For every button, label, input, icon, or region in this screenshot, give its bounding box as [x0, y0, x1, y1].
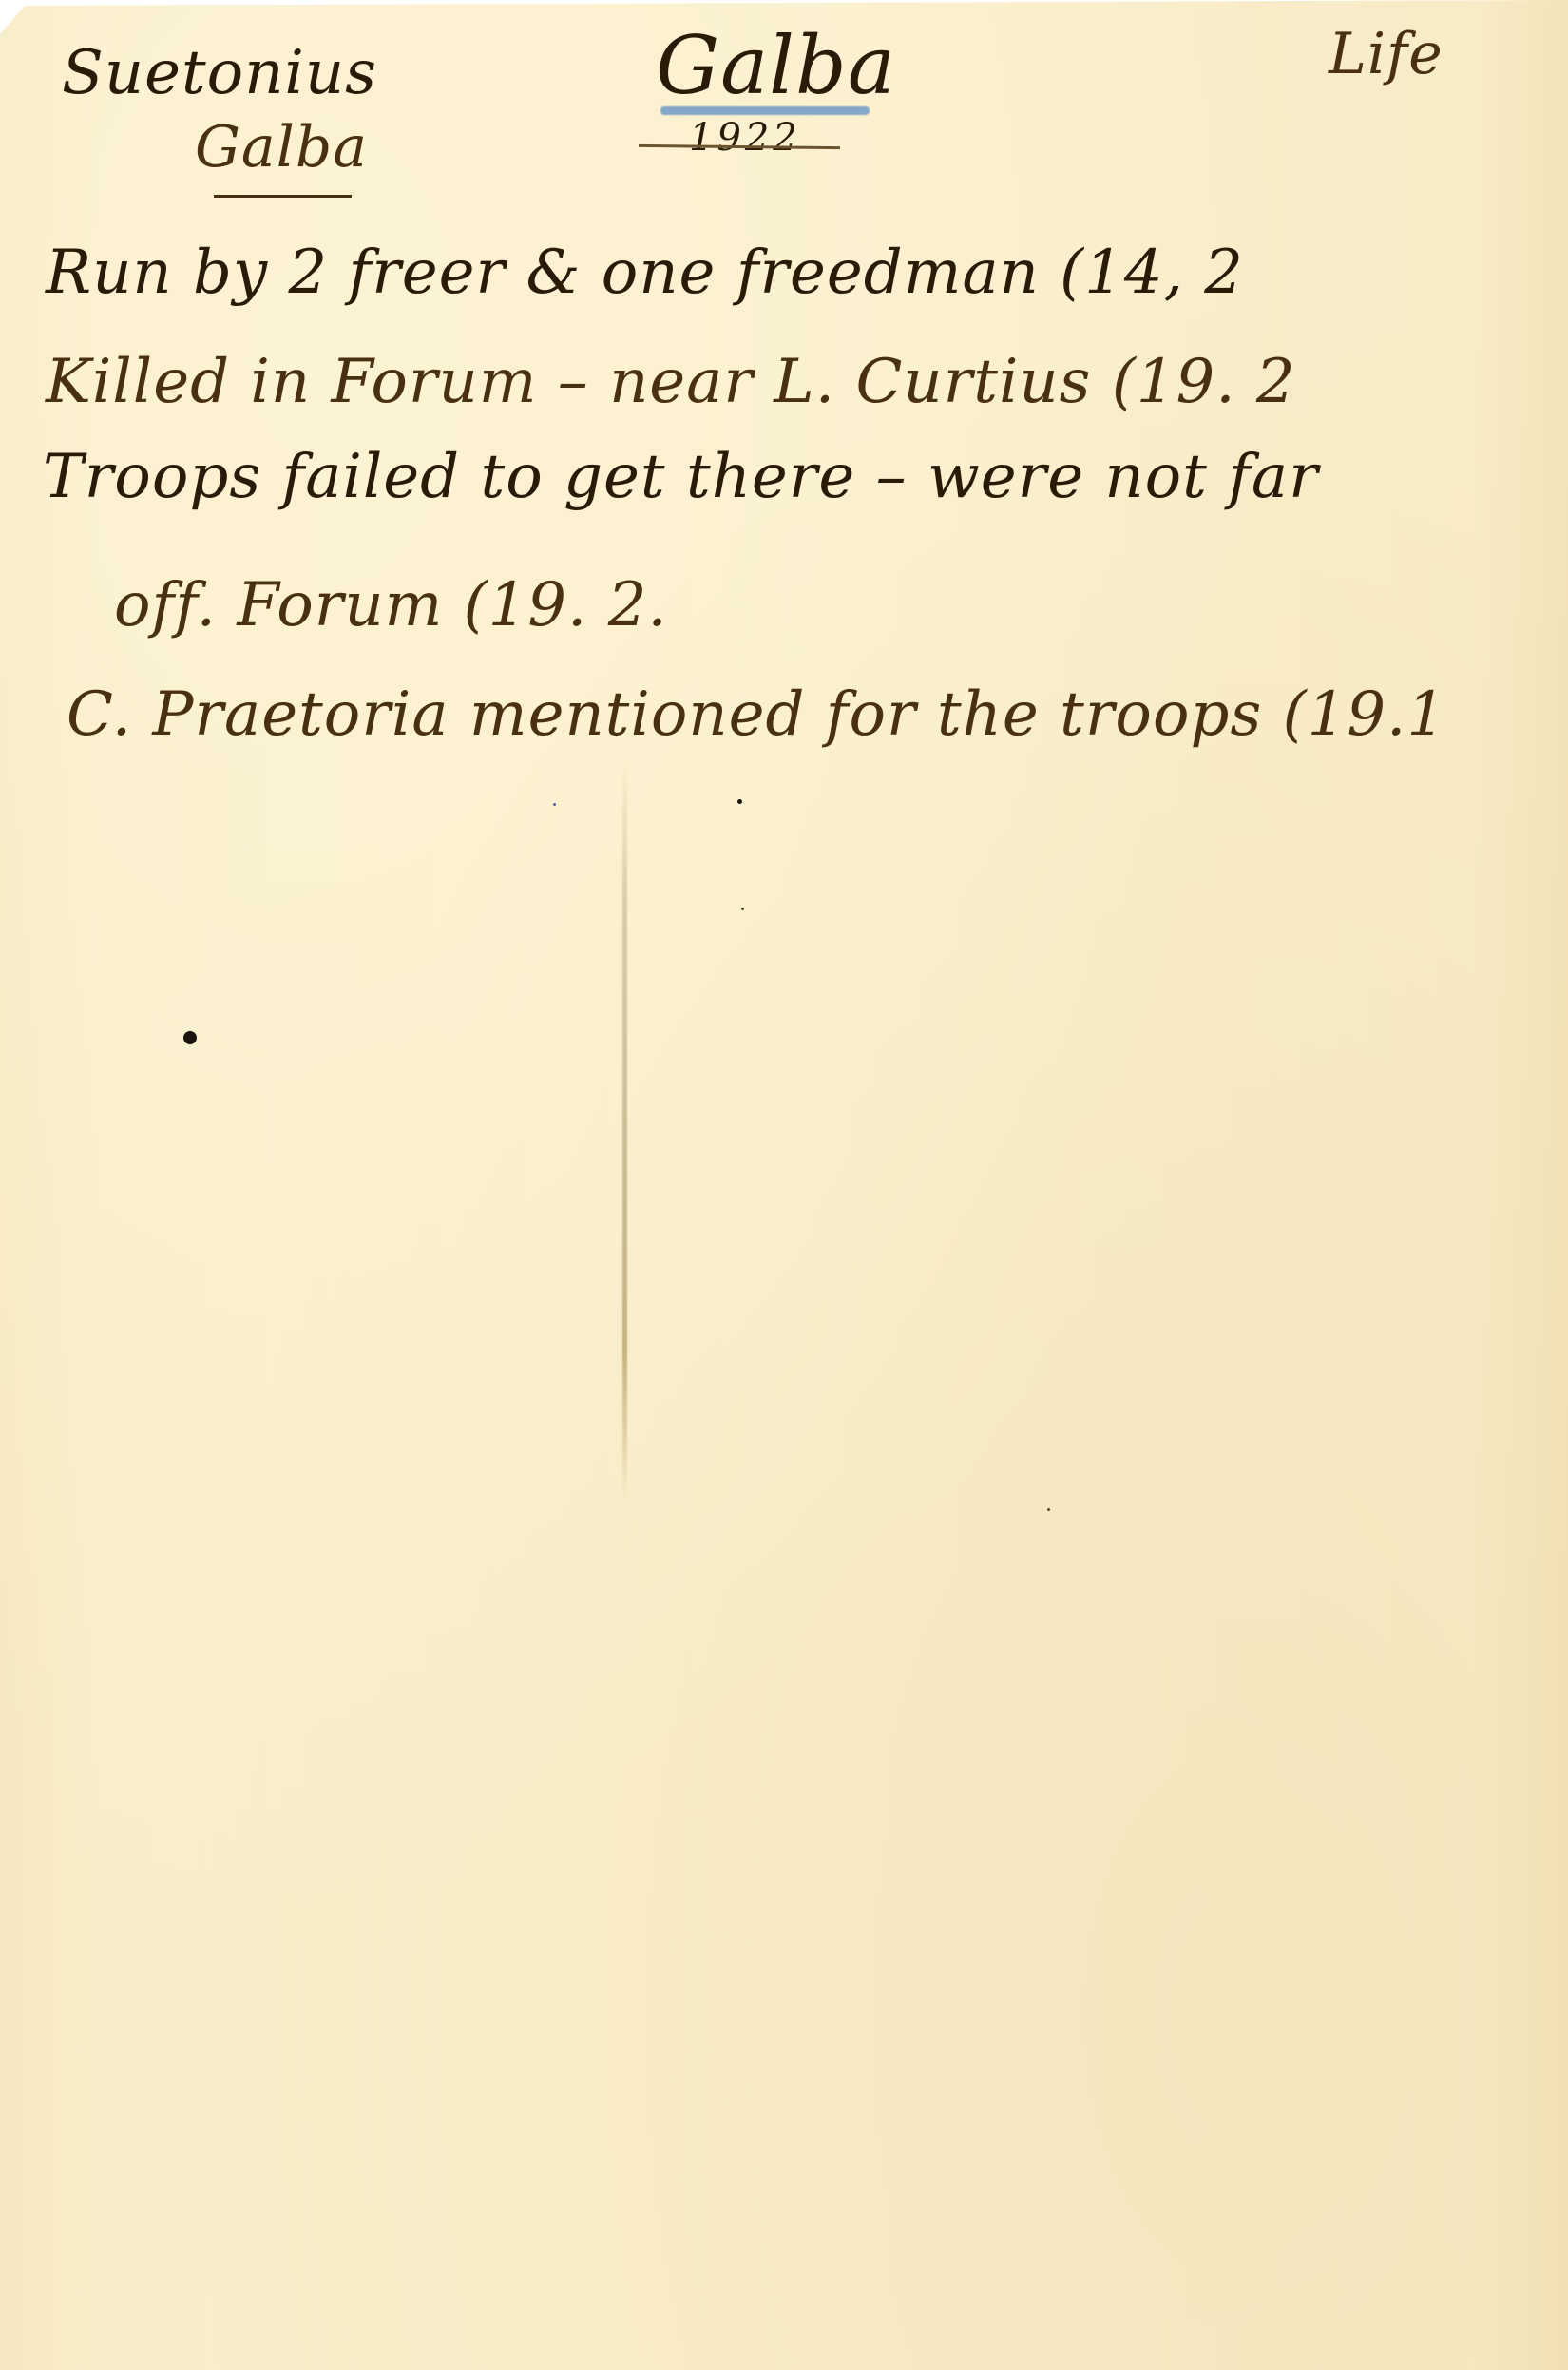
- note-line: Killed in Forum – near L. Curtius (19. 2: [46, 347, 1296, 417]
- paper-fold-crease: [622, 760, 627, 1501]
- paper-speck: [741, 908, 744, 910]
- note-line: Troops failed to get there – were not fa…: [43, 442, 1319, 512]
- index-card: Suetonius Galba Galba 1922 Life Run by 2…: [0, 0, 1568, 2370]
- ink-blot: [183, 1031, 197, 1044]
- source-work: Galba: [195, 114, 368, 181]
- card-category: Life: [1329, 21, 1444, 87]
- source-author: Suetonius: [62, 38, 377, 108]
- paper-speck: [553, 803, 556, 806]
- card-title: Galba: [656, 19, 896, 112]
- card-year: 1922: [689, 116, 801, 160]
- note-line: Run by 2 freer & one freedman (14, 2: [46, 238, 1244, 308]
- note-line: off. Forum (19. 2.: [114, 570, 668, 640]
- source-work-underline: [214, 195, 352, 198]
- title-blue-pencil-underline: [660, 106, 870, 115]
- paper-speck: [1047, 1508, 1050, 1511]
- note-line: C. Praetoria mentioned for the troops (1…: [67, 679, 1446, 750]
- ink-blot: [737, 799, 742, 804]
